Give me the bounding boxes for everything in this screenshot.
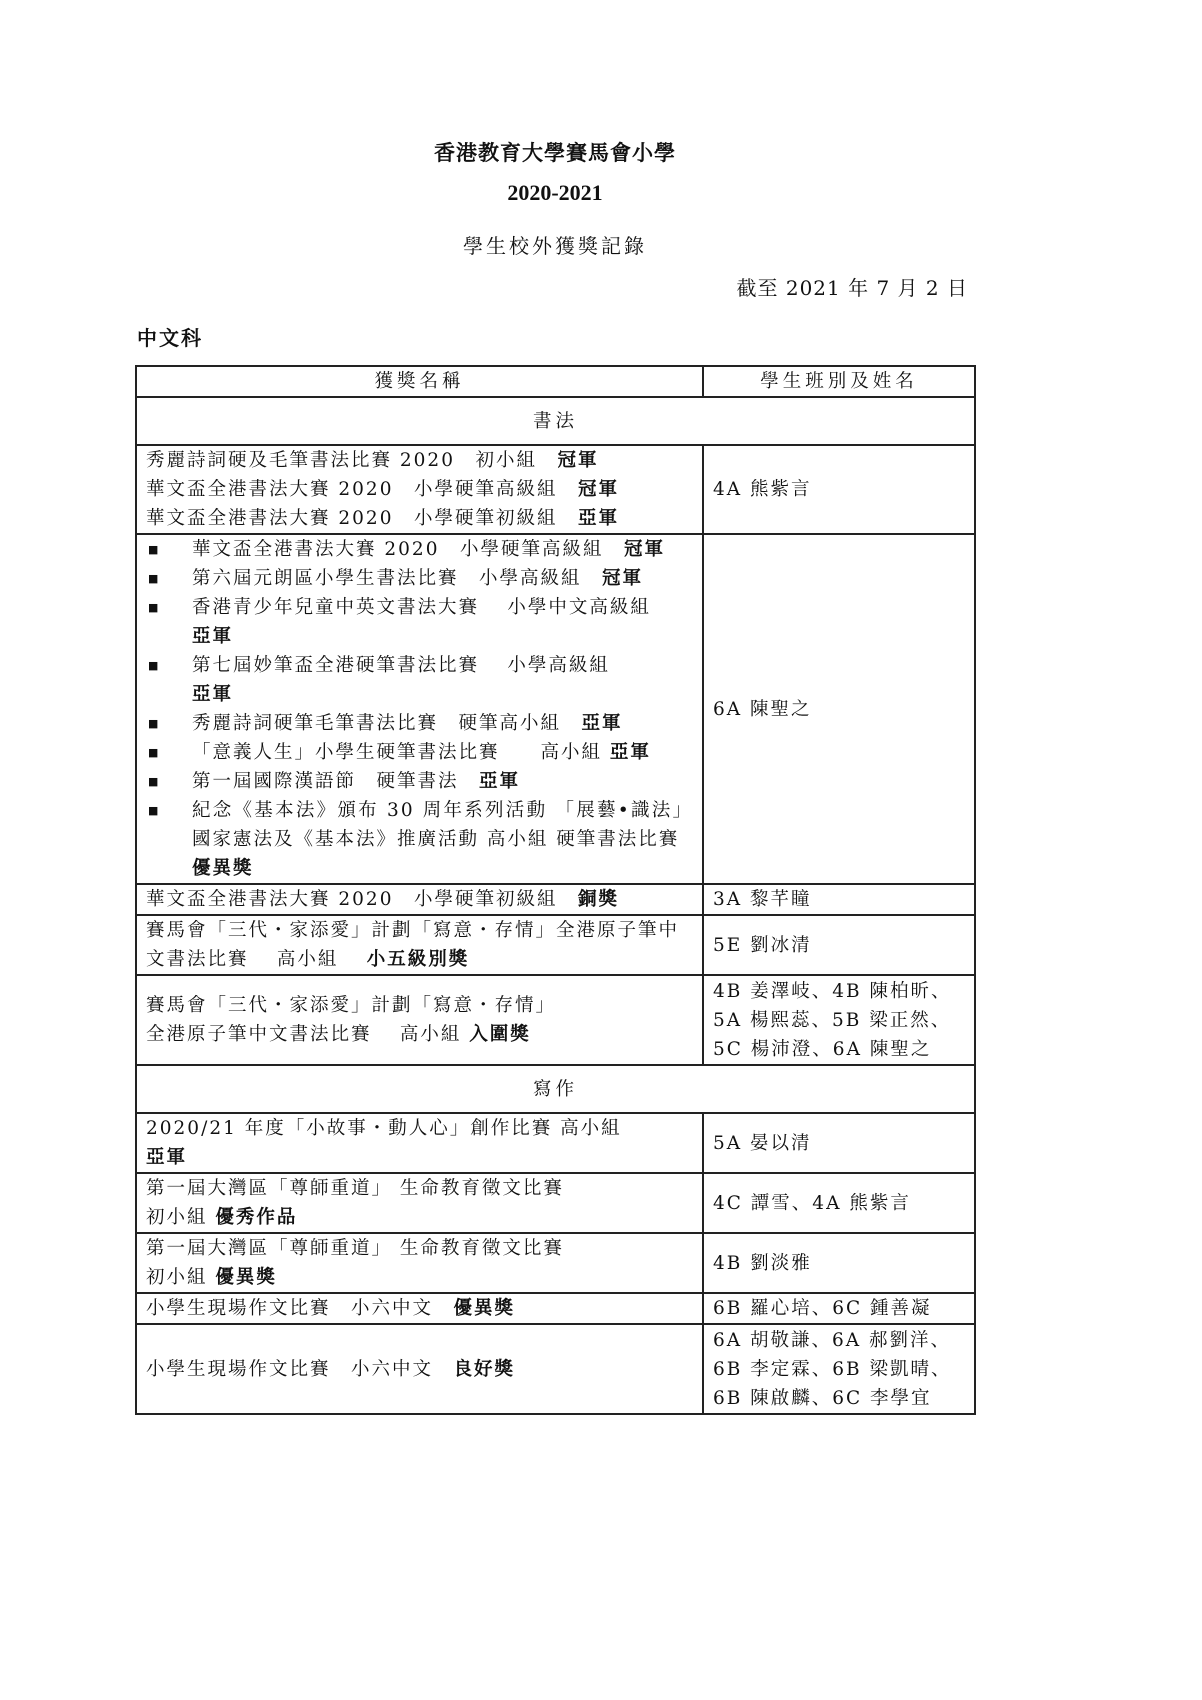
award-result: 小五級別獎 <box>367 949 470 970</box>
award-entry: ■第七屆妙筆盃全港硬筆書法比賽 小學高級組 亞軍 <box>146 651 693 709</box>
student-names: 4A 熊紫言 <box>713 475 965 504</box>
category-row: 寫作 <box>136 1065 975 1113</box>
award-result: 亞軍 <box>192 684 233 705</box>
award-result: 良好獎 <box>454 1359 516 1380</box>
student-cell: 6B 羅心培、6C 鍾善凝 <box>703 1293 975 1324</box>
award-entry: 華文盃全港書法大賽 2020 小學硬筆高級組 冠軍 <box>146 475 693 504</box>
award-result: 亞軍 <box>578 508 619 529</box>
award-result: 亞軍 <box>146 1147 187 1168</box>
award-cell: 小學生現場作文比賽 小六中文 良好獎 <box>136 1324 703 1414</box>
award-entry: 小學生現場作文比賽 小六中文 良好獎 <box>146 1355 693 1384</box>
table-row: 第一屆大灣區「尊師重道」 生命教育徵文比賽 初小組 優秀作品 4C 譚雪、4A … <box>136 1173 975 1233</box>
award-entry: 賽馬會「三代・家添愛」計劃「寫意・存情」全港原子筆中文書法比賽 高小組 小五級別… <box>146 916 693 974</box>
student-names: 4B 劉淡雅 <box>713 1249 965 1278</box>
award-entry: 亞軍 <box>146 1143 693 1172</box>
table-row: 第一屆大灣區「尊師重道」 生命教育徵文比賽 初小組 優異獎 4B 劉淡雅 <box>136 1233 975 1293</box>
bullet-square-icon: ■ <box>148 709 160 738</box>
award-entry: 第一屆大灣區「尊師重道」 生命教育徵文比賽 <box>146 1174 693 1203</box>
student-cell: 4B 姜澤岐、4B 陳柏昕、 5A 楊熙蕊、5B 梁正然、 5C 楊沛澄、6A … <box>703 975 975 1065</box>
award-result: 冠軍 <box>624 539 665 560</box>
award-entry: 小學生現場作文比賽 小六中文 優異獎 <box>146 1294 693 1323</box>
table-row: 秀麗詩詞硬及毛筆書法比賽 2020 初小組 冠軍 華文盃全港書法大賽 2020 … <box>136 445 975 534</box>
award-result: 優異獎 <box>192 858 254 879</box>
table-row: ■華文盃全港書法大賽 2020 小學硬筆高級組 冠軍 ■第六屆元朗區小學生書法比… <box>136 534 975 884</box>
column-header-student: 學生班別及姓名 <box>703 366 975 397</box>
award-result: 亞軍 <box>582 713 623 734</box>
award-result: 冠軍 <box>602 568 643 589</box>
award-cell: 賽馬會「三代・家添愛」計劃「寫意・存情」全港原子筆中文書法比賽 高小組 小五級別… <box>136 915 703 975</box>
category-row: 書法 <box>136 397 975 445</box>
award-entry: ■紀念《基本法》頒布 30 周年系列活動 「展藝•識法」國家憲法及《基本法》推廣… <box>146 796 693 883</box>
bullet-square-icon: ■ <box>148 796 160 825</box>
award-entry: 華文盃全港書法大賽 2020 小學硬筆初級組 銅獎 <box>146 885 693 914</box>
student-names: 4B 姜澤岐、4B 陳柏昕、 <box>713 977 965 1006</box>
award-entry: 賽馬會「三代・家添愛」計劃「寫意・存情」 <box>146 991 693 1020</box>
award-cell: 賽馬會「三代・家添愛」計劃「寫意・存情」 全港原子筆中文書法比賽 高小組 入圍獎 <box>136 975 703 1065</box>
award-cell: 秀麗詩詞硬及毛筆書法比賽 2020 初小組 冠軍 華文盃全港書法大賽 2020 … <box>136 445 703 534</box>
table-row: 華文盃全港書法大賽 2020 小學硬筆初級組 銅獎 3A 黎芊瞳 <box>136 884 975 915</box>
student-names: 5E 劉冰清 <box>713 931 965 960</box>
award-entry: 2020/21 年度「小故事・動人心」創作比賽 高小組 <box>146 1114 693 1143</box>
award-result: 亞軍 <box>479 771 520 792</box>
award-result: 入圍獎 <box>469 1024 531 1045</box>
student-names: 6A 陳聖之 <box>713 695 965 724</box>
award-result: 冠軍 <box>578 479 619 500</box>
bullet-square-icon: ■ <box>148 564 160 593</box>
award-entry: ■第六屆元朗區小學生書法比賽 小學高級組 冠軍 <box>146 564 693 593</box>
table-row: 小學生現場作文比賽 小六中文 良好獎 6A 胡敬謙、6A 郝劉洋、 6B 李定霖… <box>136 1324 975 1414</box>
award-cell: 小學生現場作文比賽 小六中文 優異獎 <box>136 1293 703 1324</box>
award-bullet-list: ■華文盃全港書法大賽 2020 小學硬筆高級組 冠軍 ■第六屆元朗區小學生書法比… <box>146 535 693 883</box>
category-writing: 寫作 <box>136 1065 975 1113</box>
category-calligraphy: 書法 <box>136 397 975 445</box>
student-names: 6A 胡敬謙、6A 郝劉洋、 <box>713 1326 965 1355</box>
student-names: 6B 羅心培、6C 鍾善凝 <box>713 1294 965 1323</box>
award-result: 優異獎 <box>454 1298 516 1319</box>
student-names: 4C 譚雪、4A 熊紫言 <box>713 1189 965 1218</box>
award-cell: 2020/21 年度「小故事・動人心」創作比賽 高小組 亞軍 <box>136 1113 703 1173</box>
award-entry: ■秀麗詩詞硬筆毛筆書法比賽 硬筆高小組 亞軍 <box>146 709 693 738</box>
table-row: 2020/21 年度「小故事・動人心」創作比賽 高小組 亞軍 5A 晏以清 <box>136 1113 975 1173</box>
award-result: 冠軍 <box>557 450 598 471</box>
student-cell: 5A 晏以清 <box>703 1113 975 1173</box>
award-entry: 第一屆大灣區「尊師重道」 生命教育徵文比賽 <box>146 1234 693 1263</box>
student-names: 3A 黎芊瞳 <box>713 885 965 914</box>
award-cell: 第一屆大灣區「尊師重道」 生命教育徵文比賽 初小組 優秀作品 <box>136 1173 703 1233</box>
subject-heading: 中文科 <box>137 322 203 351</box>
award-entry: 初小組 優異獎 <box>146 1263 693 1292</box>
student-names: 5A 晏以清 <box>713 1129 965 1158</box>
award-cell: 第一屆大灣區「尊師重道」 生命教育徵文比賽 初小組 優異獎 <box>136 1233 703 1293</box>
award-entry: 華文盃全港書法大賽 2020 小學硬筆初級組 亞軍 <box>146 504 693 533</box>
as-of-date: 截至 2021 年 7 月 2 日 <box>737 272 969 301</box>
award-cell: ■華文盃全港書法大賽 2020 小學硬筆高級組 冠軍 ■第六屆元朗區小學生書法比… <box>136 534 703 884</box>
student-cell: 6A 胡敬謙、6A 郝劉洋、 6B 李定霖、6B 梁凱晴、 6B 陳啟麟、6C … <box>703 1324 975 1414</box>
award-result: 銅獎 <box>578 889 619 910</box>
document-title: 學生校外獲獎記錄 <box>0 230 1110 259</box>
student-cell: 4B 劉淡雅 <box>703 1233 975 1293</box>
table-row: 賽馬會「三代・家添愛」計劃「寫意・存情」全港原子筆中文書法比賽 高小組 小五級別… <box>136 915 975 975</box>
award-entry: ■華文盃全港書法大賽 2020 小學硬筆高級組 冠軍 <box>146 535 693 564</box>
award-entry: 全港原子筆中文書法比賽 高小組 入圍獎 <box>146 1020 693 1049</box>
table-row: 小學生現場作文比賽 小六中文 優異獎 6B 羅心培、6C 鍾善凝 <box>136 1293 975 1324</box>
student-cell: 5E 劉冰清 <box>703 915 975 975</box>
student-cell: 3A 黎芊瞳 <box>703 884 975 915</box>
table-header-row: 獲獎名稱 學生班別及姓名 <box>136 366 975 397</box>
award-result: 亞軍 <box>610 742 651 763</box>
award-entry: 秀麗詩詞硬及毛筆書法比賽 2020 初小組 冠軍 <box>146 446 693 475</box>
table-row: 賽馬會「三代・家添愛」計劃「寫意・存情」 全港原子筆中文書法比賽 高小組 入圍獎… <box>136 975 975 1065</box>
award-result: 優秀作品 <box>215 1207 297 1228</box>
awards-table: 獲獎名稱 學生班別及姓名 書法 秀麗詩詞硬及毛筆書法比賽 2020 初小組 冠軍… <box>135 365 976 1415</box>
student-names: 5C 楊沛澄、6A 陳聖之 <box>713 1035 965 1064</box>
award-entry: ■香港青少年兒童中英文書法大賽 小學中文高級組 亞軍 <box>146 593 693 651</box>
academic-year: 2020-2021 <box>0 180 1110 206</box>
student-names: 6B 李定霖、6B 梁凱晴、 <box>713 1355 965 1384</box>
student-names: 6B 陳啟麟、6C 李學宜 <box>713 1384 965 1413</box>
award-cell: 華文盃全港書法大賽 2020 小學硬筆初級組 銅獎 <box>136 884 703 915</box>
student-cell: 4C 譚雪、4A 熊紫言 <box>703 1173 975 1233</box>
student-cell: 6A 陳聖之 <box>703 534 975 884</box>
bullet-square-icon: ■ <box>148 738 160 767</box>
award-entry: ■第一屆國際漢語節 硬筆書法 亞軍 <box>146 767 693 796</box>
bullet-square-icon: ■ <box>148 651 160 680</box>
award-result: 優異獎 <box>215 1267 277 1288</box>
document-page: 香港教育大學賽馬會小學 2020-2021 學生校外獲獎記錄 截至 2021 年… <box>0 0 1202 1700</box>
award-entry: ■「意義人生」小學生硬筆書法比賽 高小組 亞軍 <box>146 738 693 767</box>
award-result: 亞軍 <box>192 626 233 647</box>
bullet-square-icon: ■ <box>148 535 160 564</box>
student-names: 5A 楊熙蕊、5B 梁正然、 <box>713 1006 965 1035</box>
column-header-award: 獲獎名稱 <box>136 366 703 397</box>
bullet-square-icon: ■ <box>148 767 160 796</box>
student-cell: 4A 熊紫言 <box>703 445 975 534</box>
school-name: 香港教育大學賽馬會小學 <box>0 137 1110 167</box>
award-entry: 初小組 優秀作品 <box>146 1203 693 1232</box>
bullet-square-icon: ■ <box>148 593 160 622</box>
